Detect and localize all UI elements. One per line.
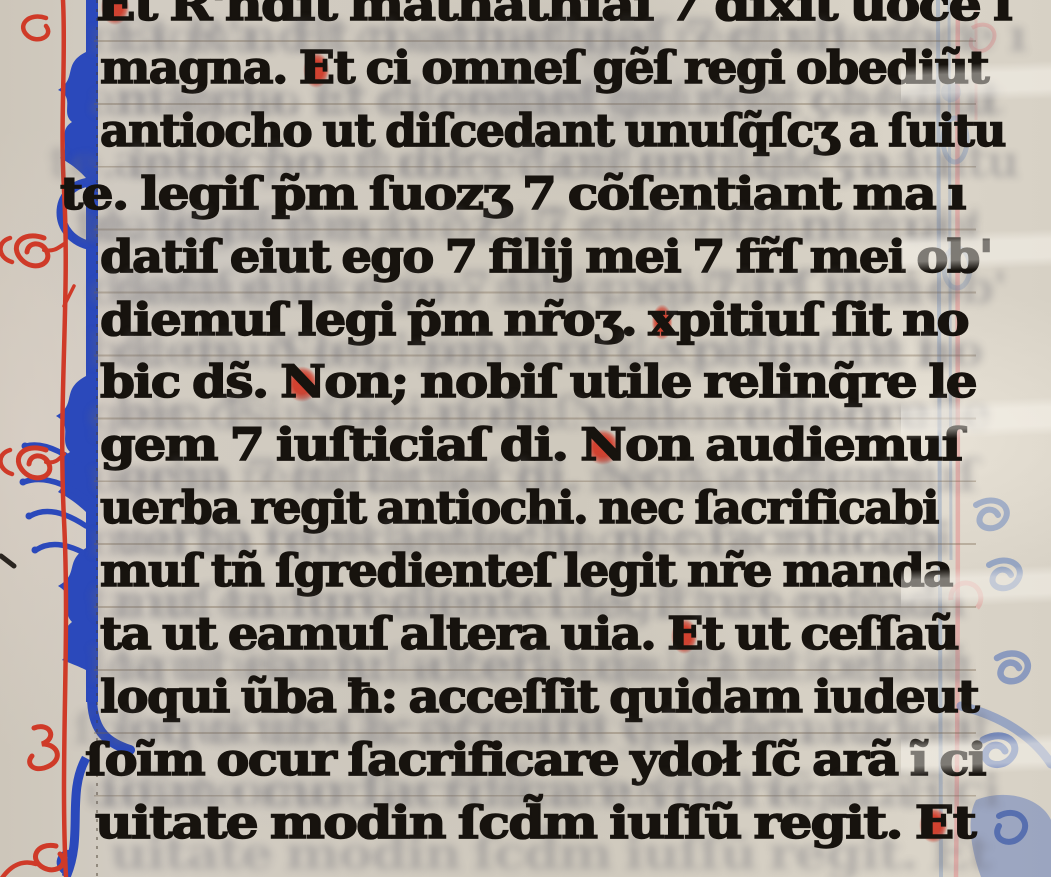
text-segment: on; nobiſ utile relinq̃re le [324,355,976,408]
text-segment: t ci omneſ gẽſ regi obediũt [333,41,988,94]
rubricated-letter: N [280,355,324,408]
text-line: uerba regit antiochi. nec ſacrificabi [100,481,938,544]
text-segment: bic ds̃. [100,355,280,408]
text-segment: ta ut eamuſ altera uia. [100,607,667,660]
text-segment: t R'ndit mathathiaſ 7 dixit uoce ı [134,0,1011,31]
text-segment: muſ tñ ſgredienteſ legit nr̃e manda [100,544,952,597]
rubricated-letter: E [667,607,702,660]
text-line: ta ut eamuſ altera uia. Et ut ceſſaũ [100,607,958,670]
text-line: ſoı̃m ocur ſacrificare ydoł ſc̃ arã ı̃ c… [85,733,985,796]
text-line: datiſ eiut ego 7 filij mei 7 fr̃ſ mei ob… [100,230,992,293]
text-segment: gem 7 iuſticiaſ di. [100,418,580,471]
manuscript-page: Et R'ndit mathathiaſ 7 dixit uoce ımagna… [0,0,1051,877]
text-line: te. legiſ p̃m ſuozʒ 7 cõſentiant ma ı [60,167,965,230]
text-line: gem 7 iuſticiaſ di. Non audiemuſ [100,418,962,481]
text-segment: diemuſ legi p̃m nr̃oʒ. [100,293,648,346]
text-line: magna. Et ci omneſ gẽſ regi obediũt [100,41,988,104]
text-segment: te. legiſ p̃m ſuozʒ 7 cõſentiant ma ı [60,167,965,220]
rubricated-letter: N [580,418,625,471]
text-line: antiocho ut diſcedant unuſq̃ſcʒ a ſuitu [100,104,1005,167]
text-block: Et R'ndit mathathiaſ 7 dixit uoce ımagna… [0,0,1051,877]
text-segment: uerba regit antiochi. nec ſacrificabi [100,481,938,534]
rubricated-letter: E [96,0,134,31]
text-segment: pitiuſ ſit no [676,293,968,346]
text-segment: uitate modin ſcd̃m iuſſũ regit. [95,796,915,849]
text-segment: antiocho ut diſcedant unuſq̃ſcʒ a ſuitu [100,104,1005,157]
text-segment: magna. [100,41,299,94]
text-line: bic ds̃. Non; nobiſ utile relinq̃re le [100,355,976,418]
text-line: loqui ũba ħ: acceſſit quidam iudeut [100,670,978,733]
text-segment: loqui ũba ħ: acceſſit quidam iudeut [100,670,978,723]
text-line: muſ tñ ſgredienteſ legit nr̃e manda [100,544,952,607]
rubricated-letter: E [299,41,334,94]
text-line: uitate modin ſcd̃m iuſſũ regit. Et [95,796,975,859]
text-line: diemuſ legi p̃m nr̃oʒ. xpitiuſ ſit no [100,293,968,356]
text-line: Et R'ndit mathathiaſ 7 dixit uoce ı [96,0,1011,41]
rubricated-letter: E [915,796,953,849]
text-segment: t ut ceſſaũ [702,607,958,660]
text-segment: ſoı̃m ocur ſacrificare ydoł ſc̃ arã ı̃ c… [85,733,985,786]
rubricated-letter: x [648,293,676,346]
text-segment: t [953,796,975,849]
text-segment: datiſ eiut ego 7 filij mei 7 fr̃ſ mei ob… [100,230,992,283]
text-segment: on audiemuſ [625,418,962,471]
